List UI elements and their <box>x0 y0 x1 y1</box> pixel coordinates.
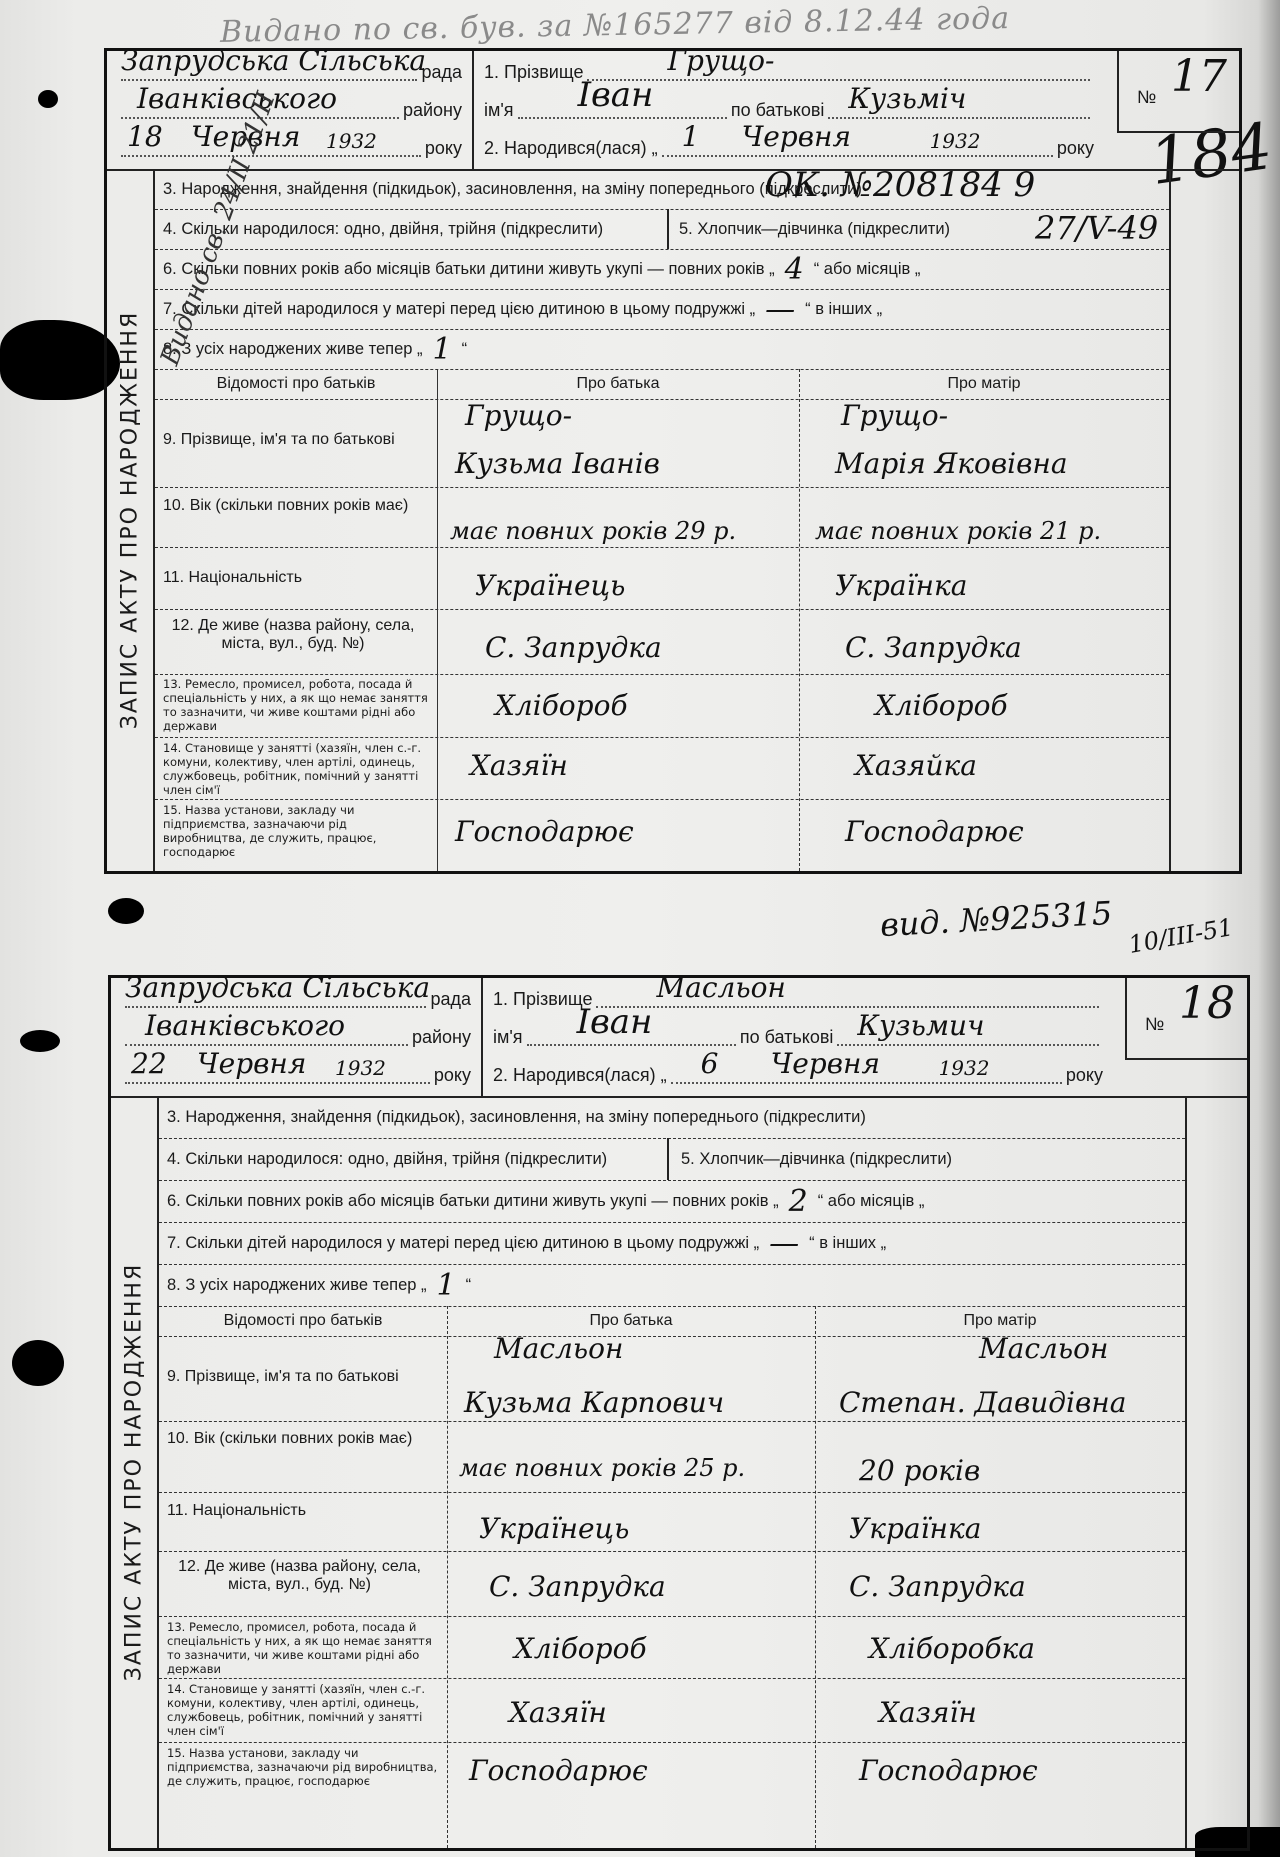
father-residence: С. Запрудка <box>485 631 662 664</box>
parents-table: Відомості про батьків Про батька Про мат… <box>155 369 1169 871</box>
mother-institution: Господарює <box>845 815 1024 848</box>
father-institution: Господарює <box>455 815 634 848</box>
name-label: ім'я <box>493 1027 523 1052</box>
birth-month-value: Червня <box>771 1047 880 1080</box>
father-surname: Грущо- <box>465 399 572 432</box>
number-sign: № <box>1137 87 1156 108</box>
child-name-value: Іван <box>577 1002 653 1042</box>
father-occupation: Хлібороб <box>514 1632 647 1665</box>
father-header: Про батька <box>447 1312 815 1330</box>
q4-q5-row: 4. Скільки народилося: одно, двійня, трі… <box>155 209 1169 250</box>
right-margin-column <box>1169 169 1239 871</box>
mother-nationality: Українка <box>835 569 967 602</box>
mother-header: Про матір <box>815 1312 1185 1330</box>
q13-label: 13. Ремесло, промисел, робота, посада й … <box>163 677 431 733</box>
mother-occupation: Хліборобка <box>869 1632 1035 1665</box>
child-identity: 1. Прізвище Масльон ім'я Іван по батьков… <box>483 978 1113 1096</box>
father-header: Про батька <box>437 375 799 393</box>
q6-row: 6. Скільки повних років або місяців бать… <box>155 249 1169 290</box>
q9-label: 9. Прізвище, ім'я та по батькові <box>163 431 433 449</box>
q3-annotation: ОК. №208184 9 <box>765 165 1035 205</box>
registered-year-value: 1932 <box>335 1056 386 1080</box>
years-together-value: 4 <box>785 252 804 287</box>
rada-label: рада <box>430 989 471 1014</box>
parents-header: Відомості про батьків <box>155 375 437 393</box>
registration-place: Запрудська Сільська рада Іванківського р… <box>111 978 483 1096</box>
number-sign: № <box>1145 1014 1164 1035</box>
father-age: має повних років 29 р. <box>450 517 736 545</box>
registered-day-value: 18 <box>127 120 163 153</box>
ink-blot <box>38 90 58 108</box>
mother-nationality: Українка <box>849 1512 981 1545</box>
father-nationality: Українець <box>475 569 625 602</box>
record-number-value: 18 <box>1179 978 1235 1029</box>
q13-label: 13. Ремесло, промисел, робота, посада й … <box>167 1620 441 1676</box>
father-name: Кузьма Іванів <box>455 447 660 480</box>
rada-label: рада <box>421 62 462 87</box>
child-patronymic-value: Кузьміч <box>848 82 966 115</box>
record-number-box: № 17 <box>1117 51 1239 133</box>
birth-month-value: Червня <box>742 120 851 153</box>
q15-label: 15. Назва установи, закладу чи підприємс… <box>163 803 431 859</box>
side-title: ЗАПИС АКТУ ПРО НАРОДЖЕННЯ <box>111 1096 159 1848</box>
registered-year-value: 1932 <box>326 129 377 153</box>
mother-name: Степан. Давидівна <box>839 1386 1126 1419</box>
mother-name: Марія Яковівна <box>835 447 1068 480</box>
child-surname-value: Грущо- <box>667 44 774 77</box>
q8-row: 8. З усіх народжених живе тепер „ 1 “ <box>155 329 1169 370</box>
issued-certificate-date: 10/ІІІ-51 <box>1126 913 1235 959</box>
district-value: Іванківського <box>145 1009 345 1042</box>
father-status: Хазяїн <box>470 749 568 782</box>
child-name-value: Іван <box>578 75 654 115</box>
birth-year-value: 1932 <box>939 1056 990 1080</box>
child-surname-value: Масльон <box>656 971 785 1004</box>
name-label: ім'я <box>484 100 514 125</box>
q6-row: 6. Скільки повних років або місяців бать… <box>159 1180 1185 1223</box>
q14-label: 14. Становище у занятті (хазяїн, член с.… <box>163 741 431 797</box>
record-number-value: 17 <box>1171 51 1227 102</box>
record-body: 3. Народження, знайдення (підкидьок), за… <box>155 169 1169 871</box>
issued-certificate-note: вид. №925315 <box>879 894 1113 944</box>
q10-label: 10. Вік (скільки повних років має) <box>167 1430 432 1448</box>
child-patronymic-value: Кузьмич <box>857 1009 984 1042</box>
mother-header: Про матір <box>799 375 1169 393</box>
mother-status: Хазяйка <box>855 749 977 782</box>
born-label: 2. Народився(лася) „ <box>493 1065 667 1090</box>
father-age: має повних років 25 р. <box>459 1454 745 1482</box>
ink-blot <box>20 1030 60 1052</box>
binding-hole-shadow <box>12 1340 64 1386</box>
q11-label: 11. Національність <box>163 569 433 587</box>
father-status: Хазяїн <box>509 1696 607 1729</box>
mother-status: Хазяїн <box>879 1696 977 1729</box>
birth-record-18: Запрудська Сільська рада Іванківського р… <box>108 975 1250 1851</box>
mother-residence: С. Запрудка <box>845 631 1022 664</box>
roku-label: року <box>1066 1065 1103 1090</box>
roku-label: року <box>425 138 462 163</box>
q12-label: 12. Де живе (назва району, села, міста, … <box>163 617 423 653</box>
record-header: Запрудська Сільська рада Іванківського р… <box>111 978 1247 1098</box>
village-council-value: Запрудська Сільська <box>125 971 430 1004</box>
father-name: Кузьма Карпович <box>464 1386 724 1419</box>
q5-annotation: 27/V-49 <box>1035 209 1158 247</box>
q4-q5-row: 4. Скільки народилося: одно, двійня, трі… <box>159 1138 1185 1181</box>
registration-place: Запрудська Сільська рада Іванківського р… <box>107 51 474 169</box>
mother-surname: Масльон <box>979 1332 1108 1365</box>
birth-day-value: 1 <box>682 120 700 153</box>
record-number-box: № 18 <box>1125 978 1247 1060</box>
ink-blot <box>108 898 144 924</box>
mother-residence: С. Запрудка <box>849 1570 1026 1603</box>
birth-record-17: Запрудська Сільська рада Іванківського р… <box>104 48 1242 874</box>
birth-day-value: 6 <box>701 1047 719 1080</box>
record-body: 3. Народження, знайдення (підкидьок), за… <box>159 1096 1185 1848</box>
q10-label: 10. Вік (скільки повних років має) <box>163 497 423 515</box>
father-institution: Господарює <box>469 1754 648 1787</box>
child-identity: 1. Прізвище Грущо- ім'я Іван по батькові… <box>474 51 1104 169</box>
side-title: ЗАПИС АКТУ ПРО НАРОДЖЕННЯ <box>107 169 155 871</box>
registered-month-value: Червня <box>197 1047 306 1080</box>
right-margin-column <box>1185 1096 1247 1848</box>
q3-row: 3. Народження, знайдення (підкидьок), за… <box>159 1096 1185 1139</box>
roku-label: року <box>1057 138 1094 163</box>
registered-day-value: 22 <box>131 1047 167 1080</box>
alive-now-value: 1 <box>433 332 452 367</box>
q12-label: 12. Де живе (назва району, села, міста, … <box>167 1558 432 1594</box>
q14-label: 14. Становище у занятті (хазяїн, член с.… <box>167 1682 441 1738</box>
children-before-value: — <box>765 292 795 327</box>
children-before-value: — <box>769 1226 799 1261</box>
father-surname: Масльон <box>494 1332 623 1365</box>
q9-label: 9. Прізвище, ім'я та по батькові <box>167 1368 445 1386</box>
q11-label: 11. Національність <box>167 1502 445 1520</box>
born-label: 2. Народився(лася) „ <box>484 138 658 163</box>
father-nationality: Українець <box>479 1512 629 1545</box>
q8-row: 8. З усіх народжених живе тепер „ 1 “ <box>159 1264 1185 1307</box>
page-edge-shadow <box>1258 0 1280 1857</box>
father-residence: С. Запрудка <box>489 1570 666 1603</box>
q7-row: 7. Скільки дітей народилося у матері пер… <box>155 289 1169 330</box>
alive-now-value: 1 <box>437 1268 456 1303</box>
parents-header: Відомості про батьків <box>159 1312 447 1330</box>
q3-row: 3. Народження, знайдення (підкидьок), за… <box>155 169 1169 210</box>
mother-occupation: Хлібороб <box>875 689 1008 722</box>
years-together-value: 2 <box>789 1184 808 1219</box>
mother-age: має повних років 21 р. <box>815 517 1101 545</box>
parents-table: Відомості про батьків Про батька Про мат… <box>159 1306 1185 1848</box>
mother-surname: Грущо- <box>841 399 948 432</box>
q7-row: 7. Скільки дітей народилося у матері пер… <box>159 1222 1185 1265</box>
mother-institution: Господарює <box>859 1754 1038 1787</box>
binding-hole-shadow <box>0 320 120 400</box>
district-value: Іванківського <box>137 82 337 115</box>
q15-label: 15. Назва установи, закладу чи підприємс… <box>167 1746 441 1788</box>
father-occupation: Хлібороб <box>495 689 628 722</box>
mother-age: 20 років <box>859 1454 980 1487</box>
scanned-page: Видано по св. був. за №165277 від 8.12.4… <box>0 0 1280 1857</box>
village-council-value: Запрудська Сільська <box>121 44 426 77</box>
birth-year-value: 1932 <box>930 129 981 153</box>
roku-label: року <box>434 1065 471 1090</box>
